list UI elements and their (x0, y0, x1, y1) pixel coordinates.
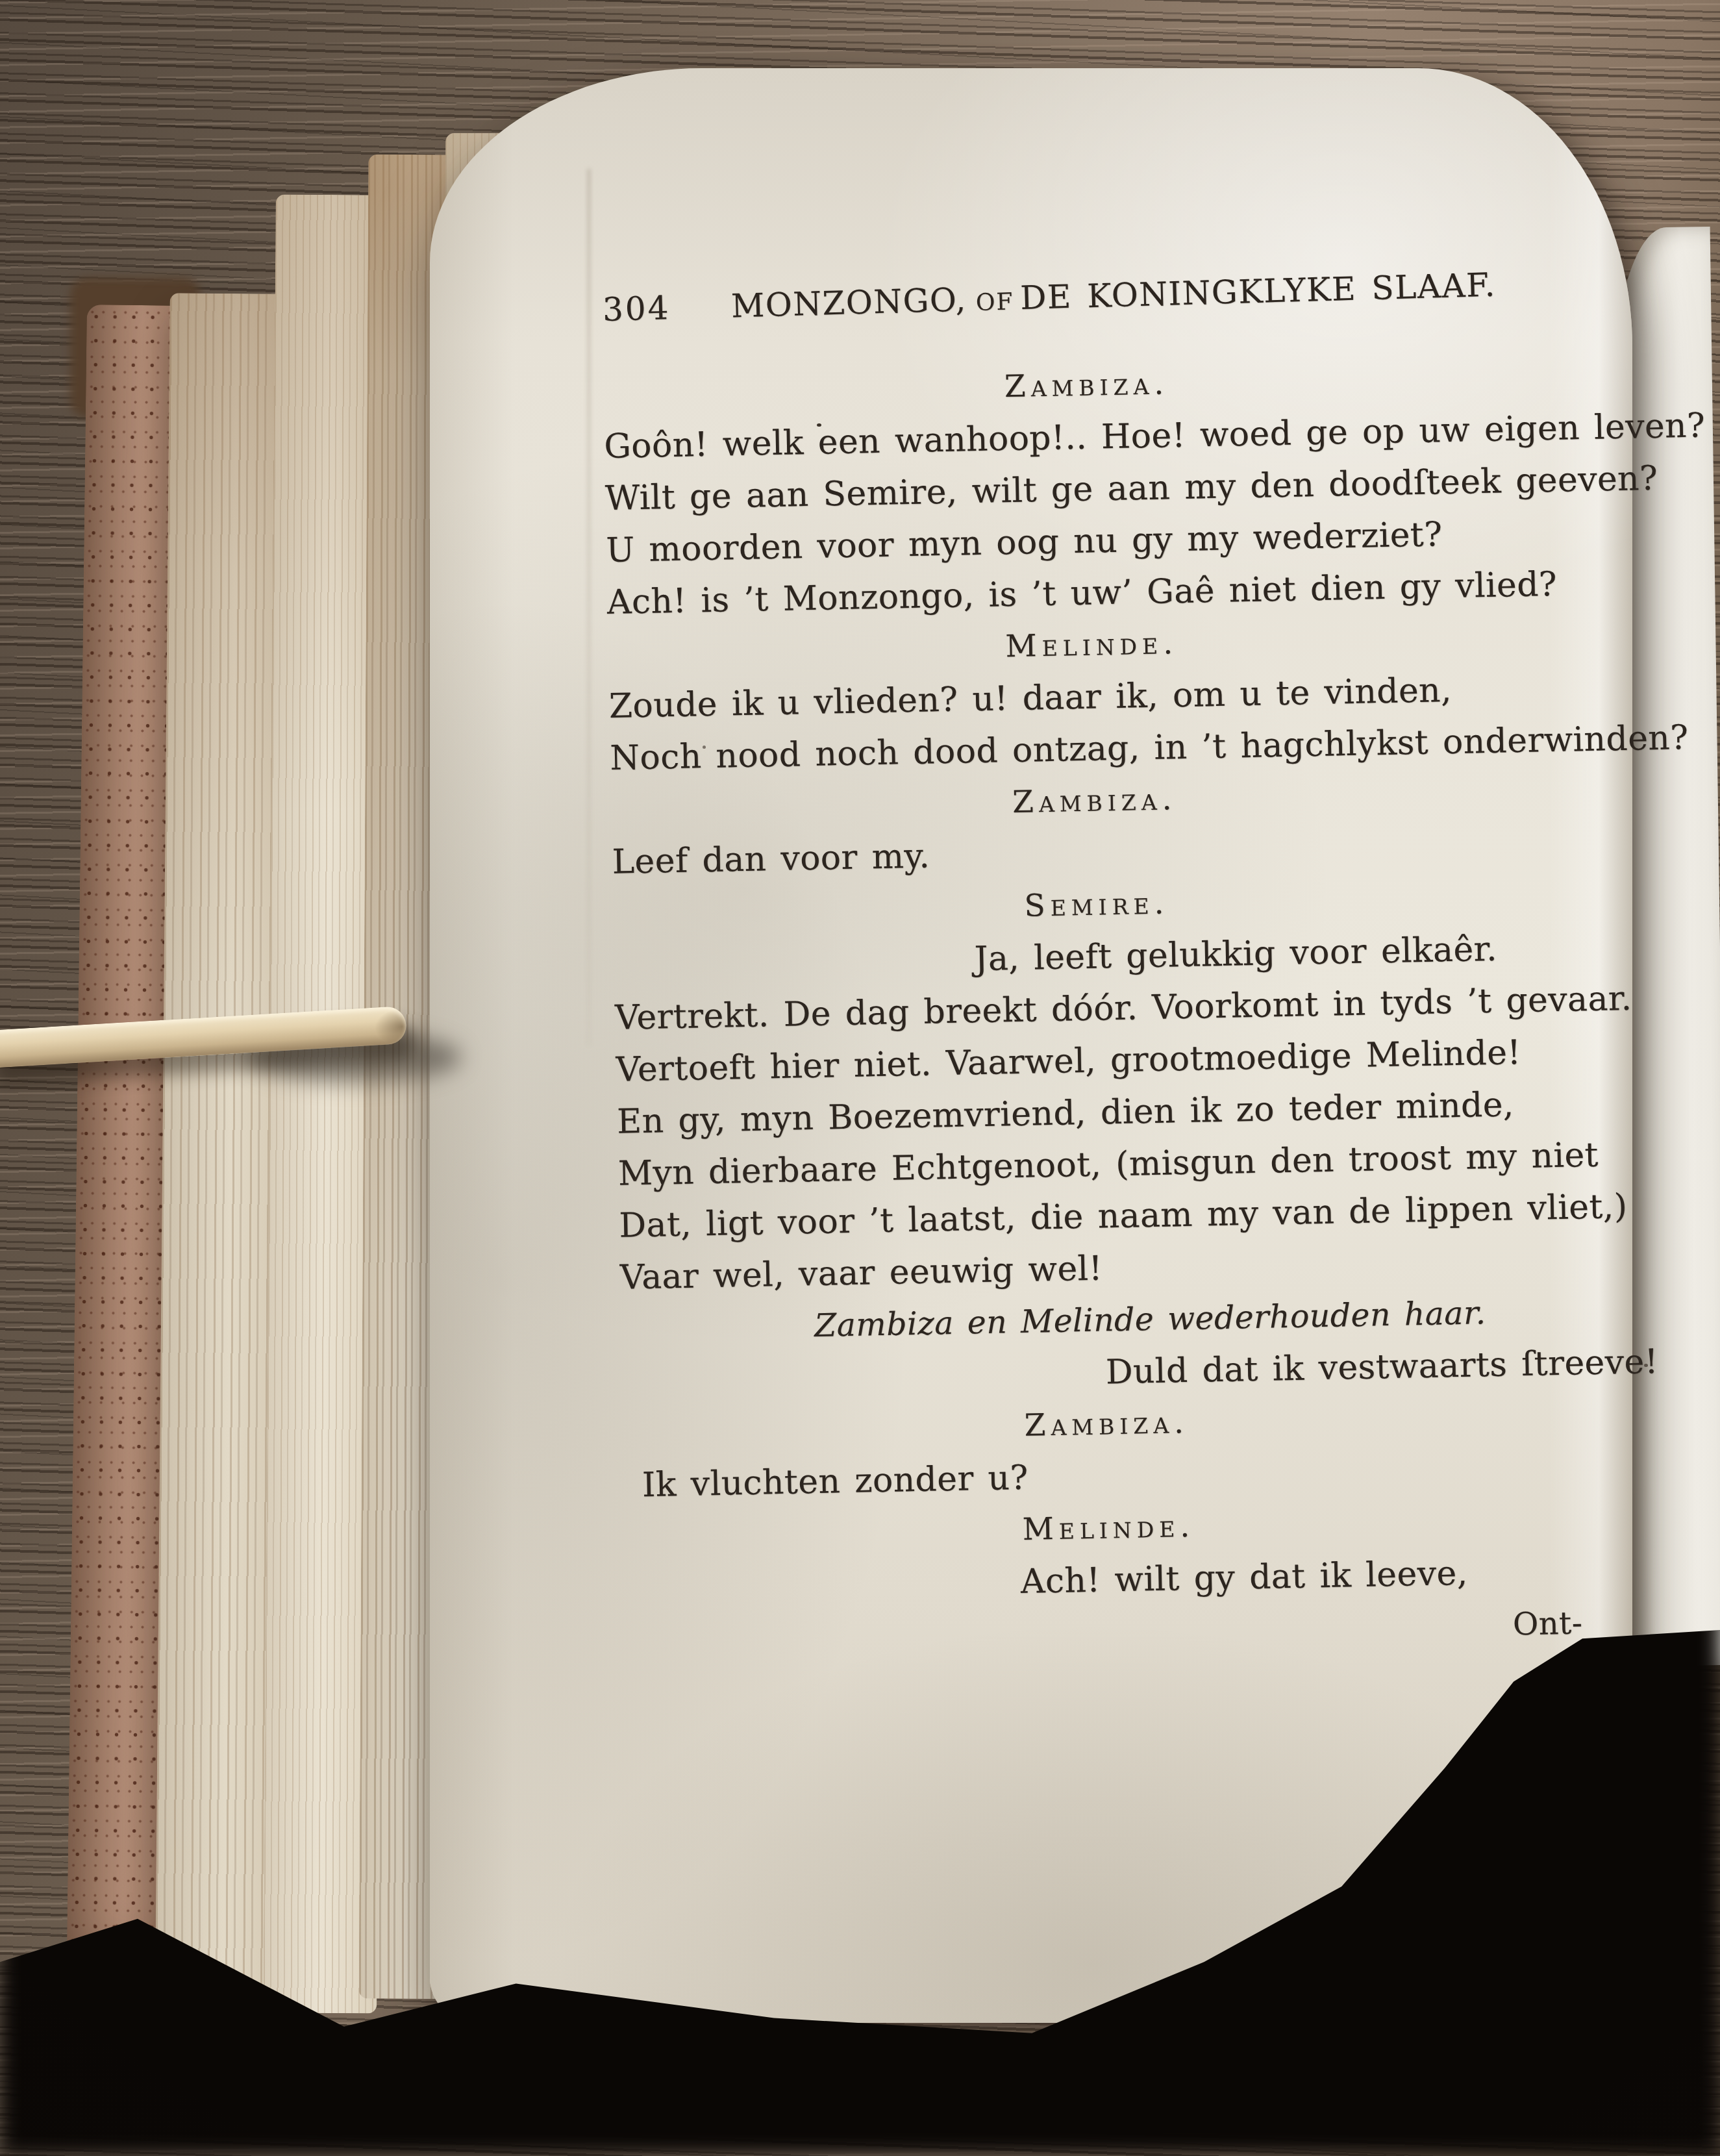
running-title-of: of (966, 288, 1021, 316)
page-crease (588, 169, 590, 1046)
page-number: 304 (602, 289, 671, 329)
photo-of-open-book: 304 MONZONGO,ofDE KONINGKLYKE SLAAF. Zam… (0, 0, 1720, 2156)
running-title-main: MONZONGO, (730, 281, 967, 325)
dialogue-text-block: Zambiza. Goôn! welk een wanhoop!.. Hoe! … (603, 350, 1595, 1667)
